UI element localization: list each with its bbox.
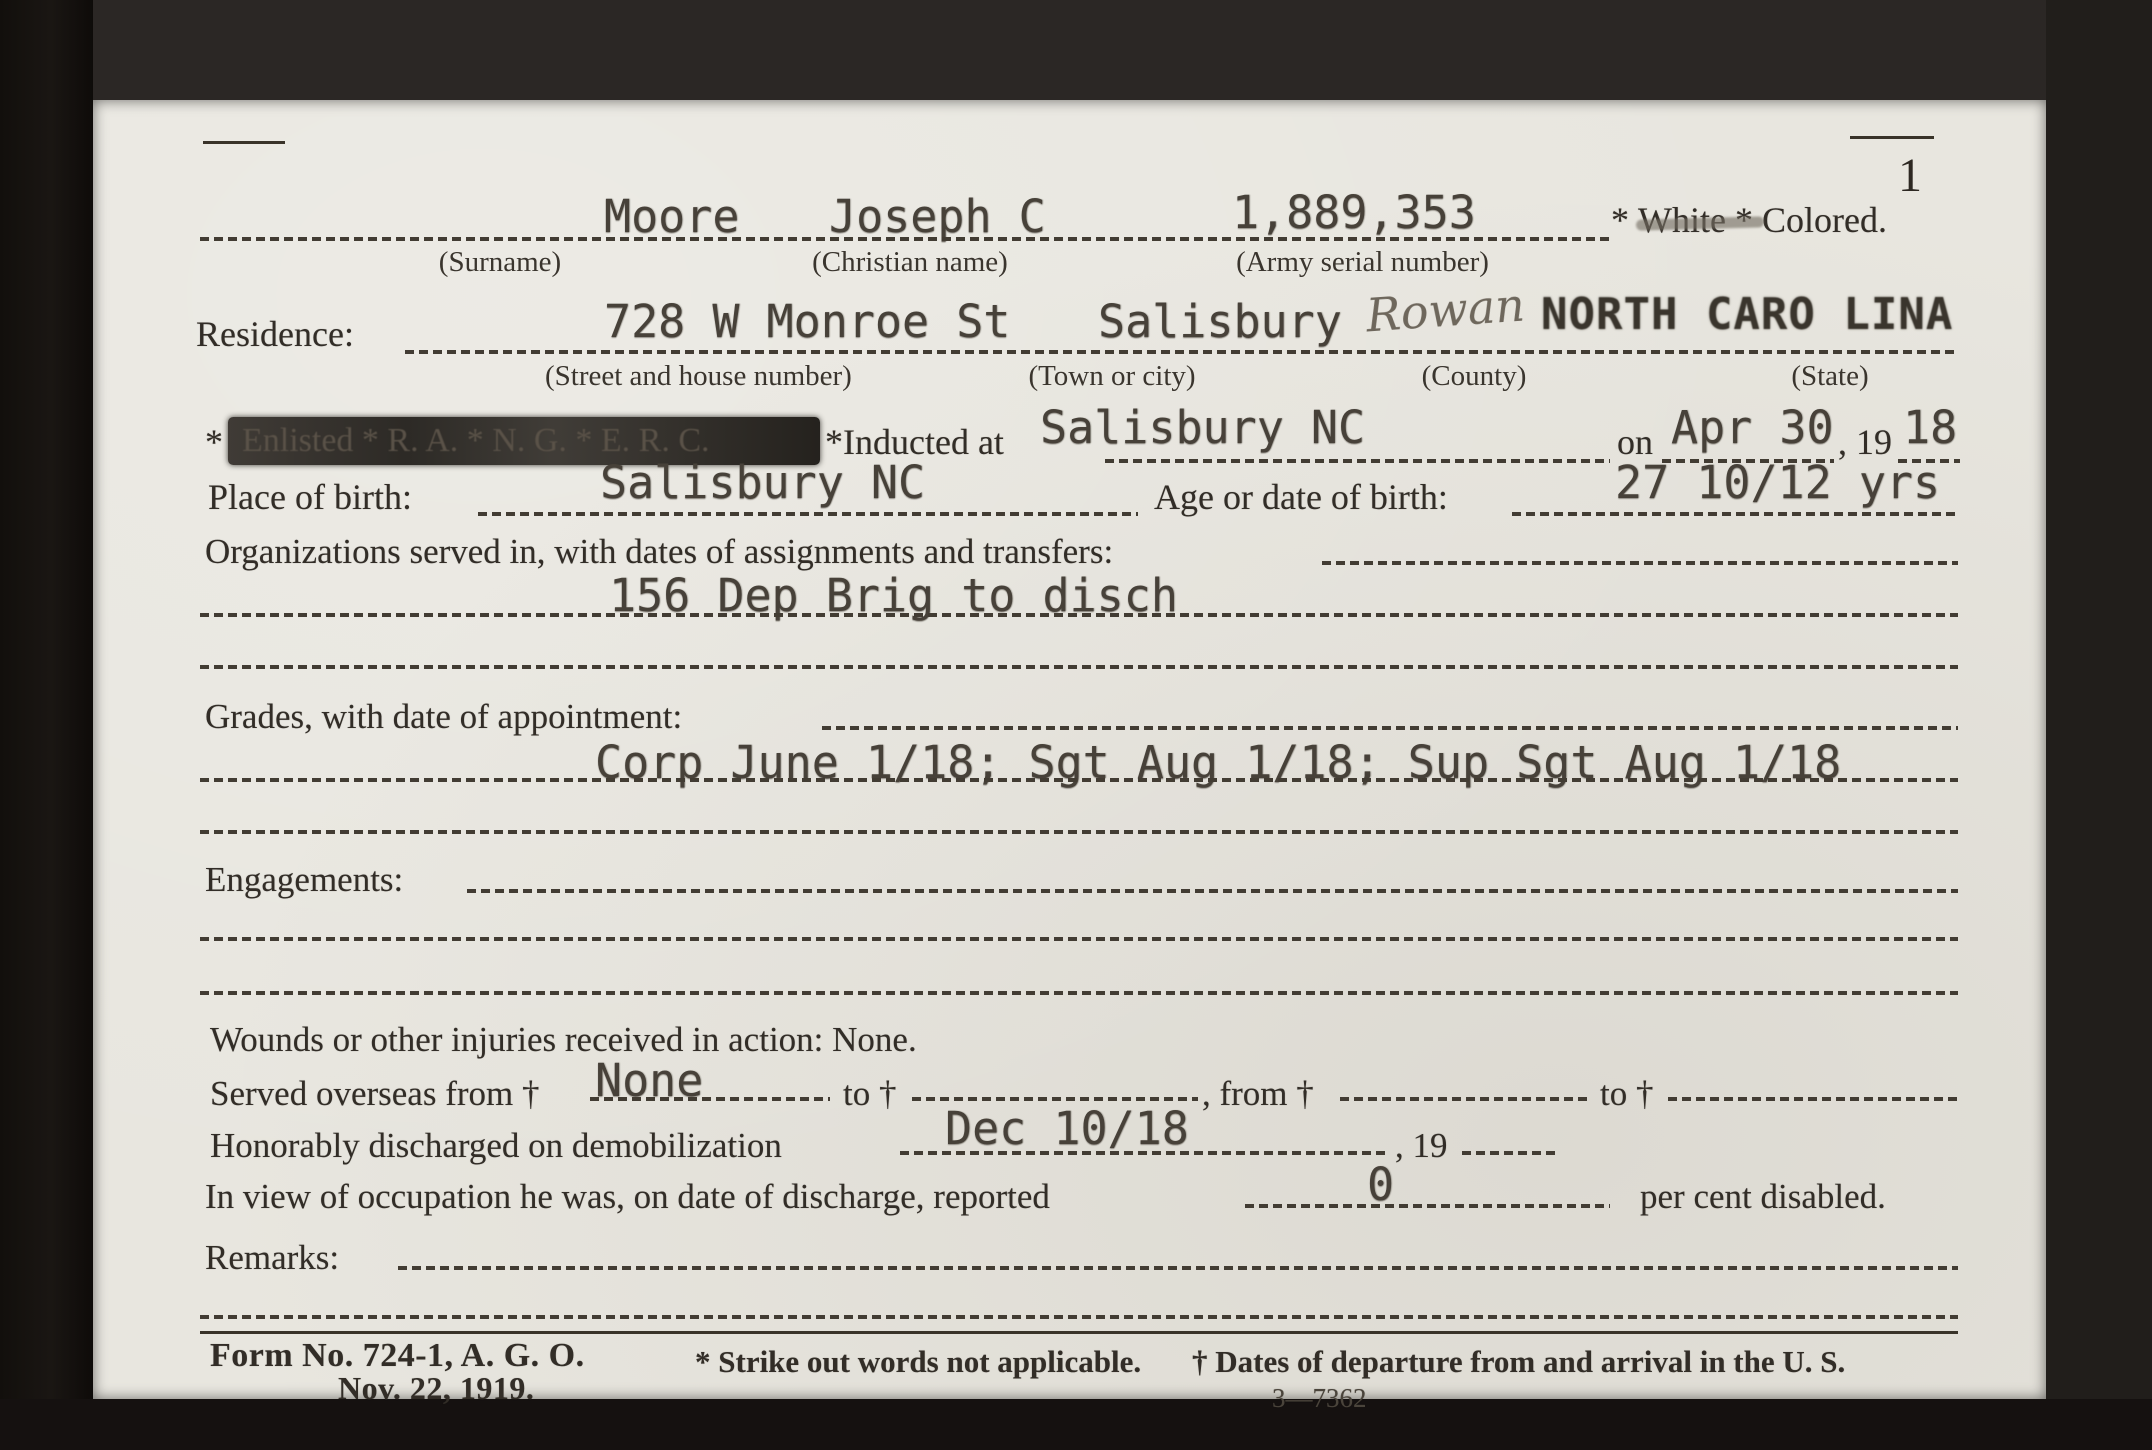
engagements-fill-line-1 <box>467 889 1958 893</box>
disability-label: In view of occupation he was, on date of… <box>205 1179 1050 1216</box>
christian-name-label: (Christian name) <box>780 246 1040 279</box>
top-left-tick-line <box>203 141 285 144</box>
overseas-fill-line-2 <box>912 1097 1198 1101</box>
age-label: Age or date of birth: <box>1154 479 1448 517</box>
race-star1: * <box>1611 200 1629 240</box>
race-selection: * White * Colored. <box>1611 202 1887 240</box>
street-label: (Street and house number) <box>545 360 845 393</box>
induction-date-value: Apr 30 <box>1671 405 1834 450</box>
discharge-date-value: Dec 10/18 <box>945 1106 1189 1151</box>
disability-value: 0 <box>1367 1162 1394 1207</box>
top-right-tick-line <box>1850 136 1934 139</box>
scanned-service-record-page: 1 Moore Joseph C 1,889,353 * White * Col… <box>0 0 2152 1450</box>
discharge-year-prefix: , 19 <box>1395 1128 1448 1165</box>
organizations-fill-line-3 <box>200 665 1958 669</box>
scan-left-edge <box>0 0 93 1450</box>
organizations-fill-line-2 <box>200 613 1958 617</box>
organizations-label: Organizations served in, with dates of a… <box>205 534 1113 571</box>
discharge-fill-line-2 <box>1462 1151 1557 1155</box>
disability-suffix: per cent disabled. <box>1640 1179 1886 1216</box>
print-code: 3—7362 <box>1272 1384 1367 1412</box>
state-value: NORTH CARO LINA <box>1541 293 1953 337</box>
page-number: 1 <box>1898 148 1922 203</box>
scan-bottom-edge <box>0 1399 2152 1450</box>
inducted-place-fill-line <box>1105 459 1610 463</box>
christian-name-value: Joseph C <box>829 194 1046 239</box>
grades-fill-line-3 <box>200 830 1958 834</box>
serial-number-label: (Army serial number) <box>1210 246 1515 279</box>
place-of-birth-label: Place of birth: <box>208 479 412 517</box>
grades-label: Grades, with date of appointment: <box>205 699 682 736</box>
overseas-fill-line-3 <box>1340 1097 1592 1101</box>
name-fill-line <box>200 237 1610 241</box>
inducted-place-value: Salisbury NC <box>1040 405 1365 450</box>
grades-fill-line-2 <box>200 778 1958 782</box>
remarks-fill-line <box>398 1266 1958 1270</box>
overseas-to2-label: to † <box>1600 1076 1653 1113</box>
overseas-label: Served overseas from † <box>210 1076 539 1113</box>
place-of-birth-fill-line <box>478 512 1138 516</box>
enlisted-star: * <box>205 424 223 462</box>
organizations-fill-line-1 <box>1322 561 1958 565</box>
discharge-label: Honorably discharged on demobilization <box>210 1128 782 1165</box>
remarks-label: Remarks: <box>205 1240 339 1277</box>
age-value: 27 10/12 yrs <box>1615 460 1940 505</box>
overseas-to1-label: to † <box>843 1076 896 1113</box>
surname-label: (Surname) <box>420 246 580 279</box>
footer-dotted-rule <box>200 1315 1958 1319</box>
struck-enlistment-text: Enlisted * R. A. * N. G. * E. R. C. <box>242 422 710 460</box>
race-colored-label: Colored. <box>1762 200 1887 240</box>
discharge-fill-line-1 <box>900 1151 1390 1155</box>
engagements-label: Engagements: <box>205 862 403 899</box>
strike-out-note: * Strike out words not applicable. <box>695 1346 1141 1379</box>
street-value: 728 W Monroe St <box>604 299 1010 344</box>
race-white-option: White <box>1638 202 1726 240</box>
state-label: (State) <box>1750 360 1910 393</box>
surname-value: Moore <box>604 194 739 239</box>
grades-fill-line-1 <box>822 726 1958 730</box>
county-handwritten-value: Rowan <box>1364 278 1526 343</box>
engagements-fill-line-3 <box>200 991 1958 995</box>
disability-fill-line <box>1245 1204 1610 1208</box>
town-label: (Town or city) <box>1012 360 1212 393</box>
town-value: Salisbury <box>1098 299 1342 344</box>
induction-year-value: 18 <box>1903 405 1957 450</box>
serial-number-value: 1,889,353 <box>1232 190 1476 235</box>
form-number: Form No. 724-1, A. G. O. <box>210 1338 585 1374</box>
wounds-line: Wounds or other injuries received in act… <box>210 1022 917 1059</box>
age-fill-line <box>1512 512 1958 516</box>
engagements-fill-line-2 <box>200 937 1958 941</box>
place-of-birth-value: Salisbury NC <box>600 460 925 505</box>
residence-label: Residence: <box>196 316 354 354</box>
organizations-value: 156 Dep Brig to disch <box>609 573 1178 618</box>
overseas-fill-line-1 <box>590 1097 830 1101</box>
county-label: (County) <box>1394 360 1554 393</box>
residence-fill-line <box>405 350 1958 354</box>
overseas-fill-line-4 <box>1668 1097 1958 1101</box>
overseas-from2-label: , from † <box>1202 1076 1314 1113</box>
scan-right-edge <box>2046 0 2152 1450</box>
dagger-note: † Dates of departure from and arrival in… <box>1192 1346 1845 1379</box>
form-date: Nov. 22, 1919. <box>338 1372 534 1406</box>
footer-solid-rule <box>200 1331 1958 1334</box>
